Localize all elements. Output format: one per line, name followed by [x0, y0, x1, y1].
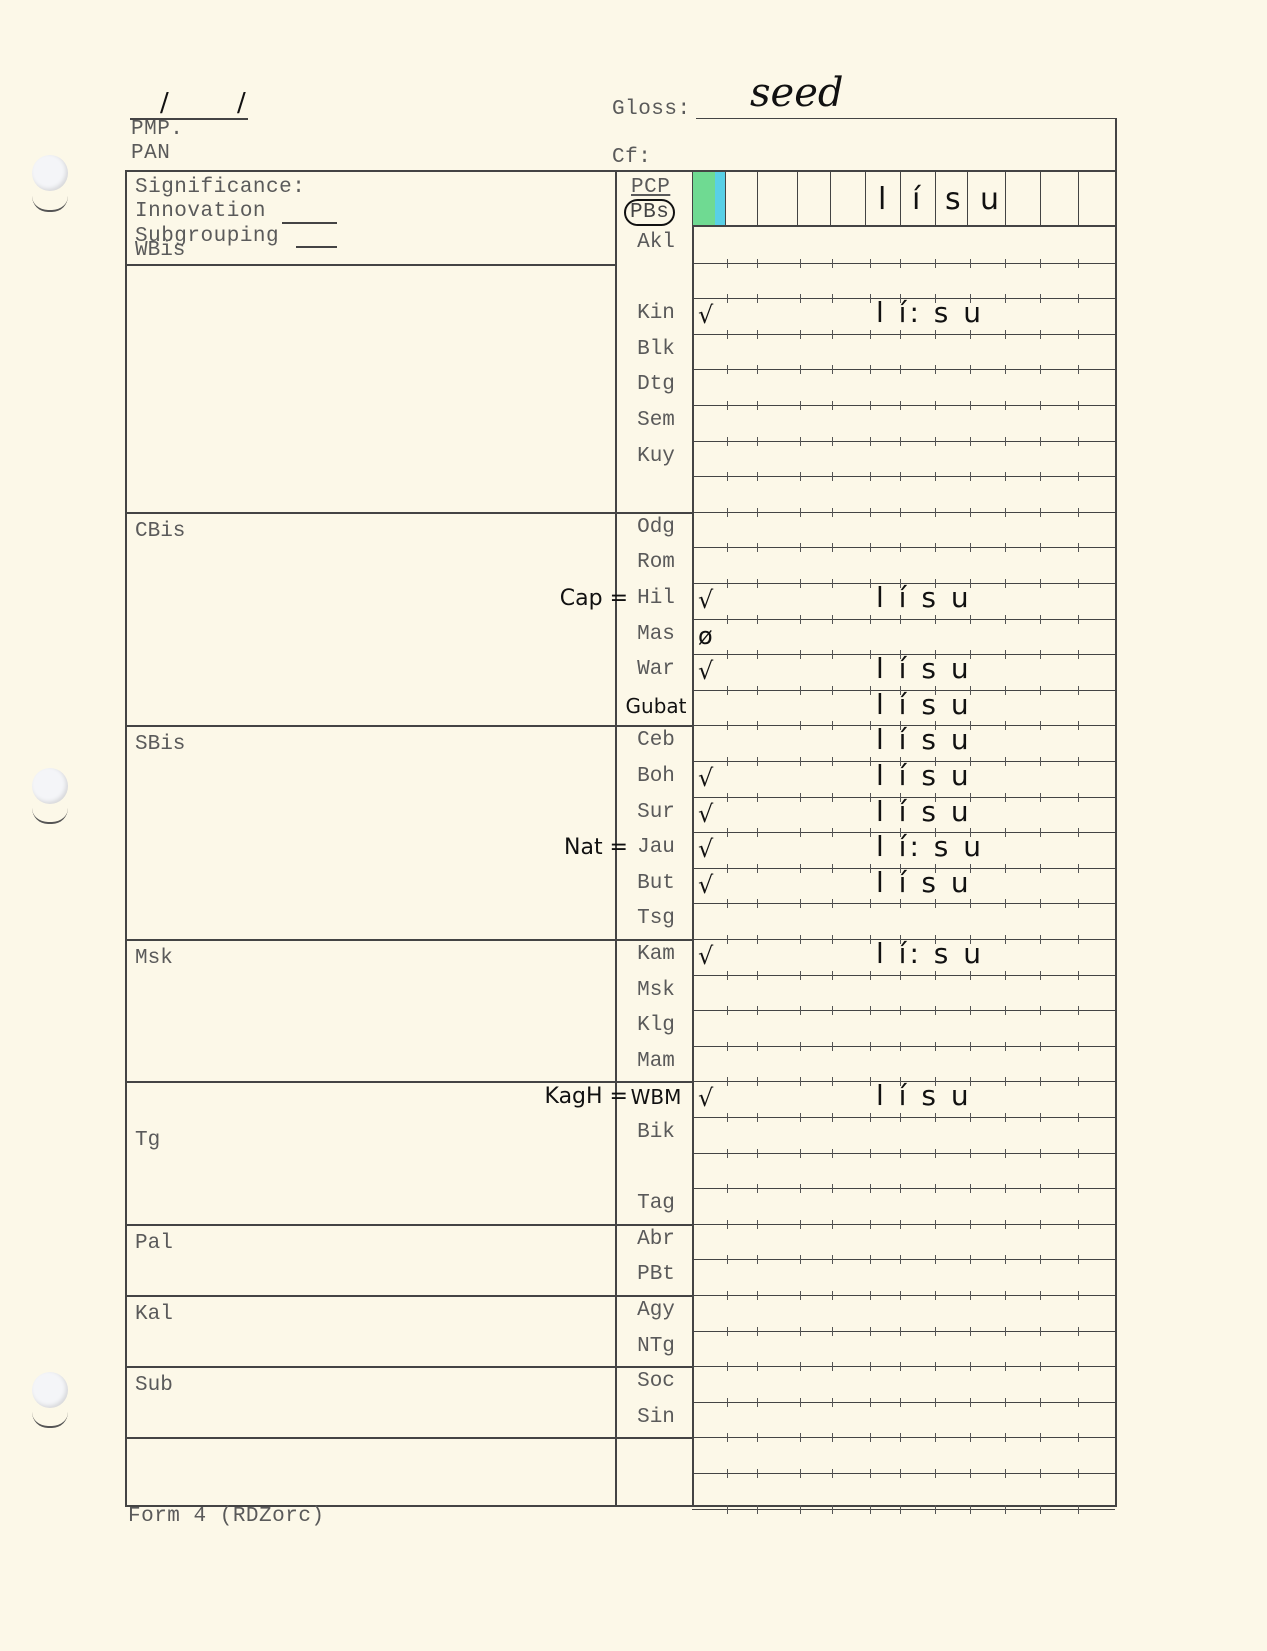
grid-tick	[800, 1291, 801, 1300]
grid-tick	[727, 1113, 728, 1122]
highlight-blue	[715, 172, 725, 225]
proto-segment: s	[945, 182, 961, 217]
row-line	[692, 619, 1115, 620]
grid-tick	[757, 828, 758, 837]
row-line	[692, 1437, 1115, 1438]
row-line	[692, 1509, 1115, 1510]
grid-tick	[970, 1042, 971, 1051]
grid-tick	[832, 508, 833, 517]
row-line	[692, 1224, 1115, 1225]
grid-tick	[1040, 1255, 1041, 1264]
grid-tick	[1005, 793, 1006, 802]
grid-tick	[870, 472, 871, 481]
grid-tick	[935, 1042, 936, 1051]
proto-cell-divider	[865, 170, 866, 225]
grid-tick	[727, 1433, 728, 1442]
grid-tick	[900, 615, 901, 624]
grid-tick	[870, 615, 871, 624]
grid-tick	[727, 259, 728, 268]
annotation-wbm: KagH =	[545, 1084, 628, 1109]
grid-tick	[800, 793, 801, 802]
grid-tick	[727, 472, 728, 481]
grid-tick	[1040, 1327, 1041, 1336]
grid-tick	[1005, 935, 1006, 944]
grid-tick	[832, 472, 833, 481]
grid-tick	[970, 1006, 971, 1015]
grid-tick	[1040, 1184, 1041, 1193]
grid-tick	[970, 543, 971, 552]
grid-tick	[1005, 1398, 1006, 1407]
row-line	[692, 1188, 1115, 1189]
grid-tick	[1078, 721, 1079, 730]
grid-tick	[757, 935, 758, 944]
grid-tick	[757, 686, 758, 695]
subgrouping-blank[interactable]	[296, 246, 337, 248]
grid-tick	[935, 472, 936, 481]
grid-tick	[1005, 294, 1006, 303]
grid-tick	[1040, 935, 1041, 944]
pmp-label: PMP.	[131, 118, 183, 141]
grid-tick	[870, 686, 871, 695]
group-divider	[125, 725, 692, 727]
grid-tick	[900, 401, 901, 410]
grid-tick	[970, 508, 971, 517]
grid-tick	[800, 971, 801, 980]
grid-tick	[1040, 1433, 1041, 1442]
grid-tick	[900, 330, 901, 339]
language-label-sin: Sin	[620, 1406, 692, 1429]
grid-tick	[1005, 579, 1006, 588]
grid-tick	[900, 472, 901, 481]
grid-tick	[800, 899, 801, 908]
proto-segment: l	[878, 182, 886, 217]
grid-tick	[970, 1220, 971, 1229]
row-line	[692, 1259, 1115, 1260]
reflex-form-boh: l í s u	[876, 759, 972, 792]
grid-tick	[727, 864, 728, 873]
grid-tick	[832, 1042, 833, 1051]
group-label-msk: Msk	[135, 947, 173, 970]
proto-cell-divider	[1078, 170, 1079, 225]
grid-tick	[970, 401, 971, 410]
frame-left	[125, 170, 127, 1505]
grid-tick	[1078, 1327, 1079, 1336]
grid-tick	[970, 1433, 971, 1442]
language-label-kuy: Kuy	[620, 445, 692, 468]
grid-tick	[800, 1077, 801, 1086]
grid-tick	[970, 1255, 971, 1264]
grid-tick	[727, 828, 728, 837]
proto-cell-divider	[797, 170, 798, 225]
language-label-sem: Sem	[620, 409, 692, 432]
grid-tick	[832, 1184, 833, 1193]
grid-tick	[800, 1362, 801, 1371]
grid-tick	[1005, 828, 1006, 837]
grid-tick	[1005, 1433, 1006, 1442]
group-label-sbis: SBis	[135, 733, 185, 756]
grid-tick	[1040, 437, 1041, 446]
grid-tick	[935, 1149, 936, 1158]
grid-tick	[1078, 1184, 1079, 1193]
grid-tick	[727, 935, 728, 944]
language-label-abr: Abr	[620, 1228, 692, 1251]
grid-tick	[727, 1505, 728, 1514]
proto-cell-divider	[757, 170, 758, 225]
reflex-form-war: l í s u	[876, 652, 972, 685]
grid-tick	[757, 615, 758, 624]
language-label-msk: Msk	[620, 979, 692, 1002]
pan-label: PAN	[131, 142, 170, 165]
grid-tick	[870, 1220, 871, 1229]
row-line	[692, 369, 1115, 370]
grid-tick	[1078, 1220, 1079, 1229]
grid-tick	[727, 1255, 728, 1264]
grid-tick	[800, 1149, 801, 1158]
grid-tick	[900, 899, 901, 908]
grid-tick	[1040, 1220, 1041, 1229]
proto-segment: í	[912, 182, 920, 217]
grid-tick	[1040, 615, 1041, 624]
language-label-rom: Rom	[620, 551, 692, 574]
language-label-tsg: Tsg	[620, 907, 692, 930]
grid-tick	[1040, 757, 1041, 766]
reflex-form-wbm: l í s u	[876, 1079, 972, 1112]
row-line	[692, 1046, 1115, 1047]
language-label-agy: Agy	[620, 1299, 692, 1322]
grid-tick	[1040, 686, 1041, 695]
grid-tick	[727, 508, 728, 517]
grid-tick	[832, 615, 833, 624]
reflex-form-kin: l í: s u	[876, 296, 984, 329]
grid-tick	[1005, 1006, 1006, 1015]
grid-tick	[832, 259, 833, 268]
grid-tick	[970, 1149, 971, 1158]
grid-tick	[935, 1220, 936, 1229]
grid-tick	[900, 1184, 901, 1193]
grid-tick	[870, 1327, 871, 1336]
row-line	[692, 441, 1115, 442]
grid-tick	[870, 1077, 871, 1086]
grid-tick	[1040, 1398, 1041, 1407]
grid-tick	[900, 1398, 901, 1407]
grid-tick	[1005, 1077, 1006, 1086]
significance-divider	[125, 264, 615, 266]
binder-hole	[32, 155, 68, 191]
grid-tick	[1005, 472, 1006, 481]
grid-tick	[727, 1077, 728, 1086]
grid-tick	[870, 1006, 871, 1015]
grid-tick	[800, 1113, 801, 1122]
grid-tick	[870, 828, 871, 837]
group-divider	[125, 939, 692, 941]
language-label-gubat: Gubat	[620, 694, 692, 718]
grid-tick	[935, 1291, 936, 1300]
grid-tick	[870, 543, 871, 552]
grid-tick	[1040, 330, 1041, 339]
row-line	[692, 1331, 1115, 1332]
grid-tick	[1078, 650, 1079, 659]
reflex-form-ceb: l í s u	[876, 723, 972, 756]
grid-tick	[1040, 721, 1041, 730]
group-label-kal: Kal	[135, 1303, 173, 1326]
grid-tick	[935, 899, 936, 908]
grid-tick	[1005, 1113, 1006, 1122]
grid-tick	[935, 330, 936, 339]
grid-tick	[870, 650, 871, 659]
grid-tick	[870, 330, 871, 339]
grid-tick	[727, 971, 728, 980]
grid-tick	[900, 1469, 901, 1478]
grid-tick	[757, 1077, 758, 1086]
language-label-wbm: WBM	[620, 1085, 692, 1109]
grid-tick	[935, 1505, 936, 1514]
group-divider	[125, 1437, 692, 1439]
grid-tick	[757, 1505, 758, 1514]
grid-tick	[870, 1113, 871, 1122]
grid-tick	[800, 828, 801, 837]
grid-tick	[1078, 1113, 1079, 1122]
grid-tick	[1005, 1362, 1006, 1371]
grid-tick	[832, 864, 833, 873]
grid-tick	[900, 1362, 901, 1371]
grid-tick	[727, 1327, 728, 1336]
grid-tick	[832, 1433, 833, 1442]
grid-tick	[935, 971, 936, 980]
gloss-label: Gloss:	[612, 98, 691, 121]
significance-title: Significance:	[135, 176, 305, 199]
grid-tick	[757, 259, 758, 268]
grid-tick	[900, 1220, 901, 1229]
reflex-form-jau: l í: s u	[876, 830, 984, 863]
grid-tick	[1078, 1291, 1079, 1300]
grid-tick	[900, 1149, 901, 1158]
grid-tick	[832, 899, 833, 908]
grid-tick	[832, 294, 833, 303]
frame-right	[1115, 170, 1117, 1505]
grid-tick	[832, 543, 833, 552]
grid-tick	[800, 401, 801, 410]
grid-tick	[1078, 579, 1079, 588]
binder-hole-shadow	[32, 808, 68, 824]
grid-tick	[1078, 472, 1079, 481]
grid-tick	[1040, 1469, 1041, 1478]
grid-tick	[832, 1398, 833, 1407]
check-mark: √	[698, 871, 713, 899]
grid-tick	[1078, 757, 1079, 766]
grid-tick	[1005, 543, 1006, 552]
grid-tick	[757, 437, 758, 446]
grid-tick	[832, 971, 833, 980]
grid-tick	[832, 1469, 833, 1478]
grid-tick	[935, 1433, 936, 1442]
grid-tick	[832, 1006, 833, 1015]
grid-tick	[800, 1184, 801, 1193]
check-mark: √	[698, 942, 713, 970]
date-slashes: / /	[160, 88, 276, 118]
grid-tick	[970, 330, 971, 339]
grid-tick	[970, 1291, 971, 1300]
grid-tick	[900, 1006, 901, 1015]
grid-tick	[1005, 365, 1006, 374]
binder-hole	[32, 1372, 68, 1408]
grid-tick	[870, 793, 871, 802]
grid-tick	[757, 971, 758, 980]
language-label-ntg: NTg	[620, 1335, 692, 1358]
grid-tick	[800, 1255, 801, 1264]
grid-tick	[1005, 1291, 1006, 1300]
grid-tick	[870, 294, 871, 303]
check-mark: √	[698, 835, 713, 863]
grid-tick	[757, 1469, 758, 1478]
grid-tick	[900, 1291, 901, 1300]
grid-tick	[1078, 437, 1079, 446]
grid-tick	[832, 757, 833, 766]
grid-tick	[800, 508, 801, 517]
proto-cell-divider	[1005, 170, 1006, 225]
grid-tick	[1005, 864, 1006, 873]
check-mark: √	[698, 764, 713, 792]
grid-tick	[935, 259, 936, 268]
null-mark: ø	[698, 622, 713, 650]
grid-tick	[800, 330, 801, 339]
reflex-form-gubat: l í s u	[876, 688, 972, 721]
grid-tick	[727, 686, 728, 695]
grid-tick	[1040, 1362, 1041, 1371]
grid-tick	[757, 543, 758, 552]
grid-tick	[1040, 828, 1041, 837]
grid-tick	[1040, 1077, 1041, 1086]
group-label-cbis: CBis	[135, 520, 185, 543]
grid-tick	[1040, 1042, 1041, 1051]
grid-tick	[1040, 1006, 1041, 1015]
grid-tick	[870, 259, 871, 268]
gloss-value[interactable]: seed	[750, 70, 843, 116]
cf-label: Cf:	[612, 146, 651, 169]
grid-tick	[935, 1113, 936, 1122]
grid-tick	[800, 615, 801, 624]
grid-tick	[727, 1006, 728, 1015]
grid-tick	[800, 1433, 801, 1442]
gloss-underline	[696, 118, 1116, 119]
grid-tick	[1078, 330, 1079, 339]
innovation-blank[interactable]	[282, 222, 337, 224]
language-label-tag: Tag	[620, 1192, 692, 1215]
grid-tick	[800, 294, 801, 303]
grid-tick	[832, 1077, 833, 1086]
grid-tick	[757, 1362, 758, 1371]
grid-tick	[832, 828, 833, 837]
grid-tick	[1078, 1362, 1079, 1371]
grid-tick	[727, 793, 728, 802]
proto-cell-divider	[900, 170, 901, 225]
grid-tick	[832, 1505, 833, 1514]
grid-tick	[1040, 864, 1041, 873]
annotation-jau: Nat =	[564, 835, 628, 860]
grid-tick	[727, 1291, 728, 1300]
grid-tick	[870, 1255, 871, 1264]
grid-tick	[832, 437, 833, 446]
grid-tick	[800, 365, 801, 374]
grid-tick	[1078, 793, 1079, 802]
grid-tick	[832, 1113, 833, 1122]
row-line	[692, 975, 1115, 976]
language-label-mam: Mam	[620, 1050, 692, 1073]
group-label-tg: Tg	[135, 1129, 160, 1152]
grid-tick	[1005, 1327, 1006, 1336]
grid-tick	[900, 1505, 901, 1514]
grid-tick	[800, 935, 801, 944]
grid-tick	[870, 721, 871, 730]
grid-tick	[1040, 1149, 1041, 1158]
grid-tick	[935, 401, 936, 410]
grid-tick	[757, 579, 758, 588]
grid-tick	[970, 472, 971, 481]
row-line	[692, 334, 1115, 335]
grid-tick	[1005, 1255, 1006, 1264]
innovation-label[interactable]: Innovation	[135, 200, 266, 223]
grid-tick	[1040, 365, 1041, 374]
grid-tick	[1040, 259, 1041, 268]
grid-tick	[1040, 793, 1041, 802]
grid-tick	[1005, 899, 1006, 908]
grid-tick	[970, 1505, 971, 1514]
grid-tick	[727, 757, 728, 766]
check-mark: √	[698, 301, 713, 329]
grid-tick	[1040, 1505, 1041, 1514]
language-label-soc: Soc	[620, 1370, 692, 1393]
grid-tick	[935, 543, 936, 552]
language-label-jau: Jau	[620, 836, 692, 859]
grid-tick	[800, 1042, 801, 1051]
grid-tick	[970, 1327, 971, 1336]
language-label-pbt: PBt	[620, 1263, 692, 1286]
grid-tick	[800, 259, 801, 268]
grid-tick	[757, 1327, 758, 1336]
reflex-form-kam: l í: s u	[876, 937, 984, 970]
proto-cell-divider	[830, 170, 831, 225]
grid-tick	[800, 1505, 801, 1514]
grid-tick	[935, 1327, 936, 1336]
cf-right-border	[1115, 118, 1117, 170]
grid-tick	[800, 437, 801, 446]
grid-tick	[727, 1398, 728, 1407]
grid-tick	[757, 793, 758, 802]
grid-tick	[1078, 971, 1079, 980]
grid-tick	[900, 508, 901, 517]
language-label-ceb: Ceb	[620, 729, 692, 752]
grid-tick	[757, 757, 758, 766]
grid-tick	[832, 721, 833, 730]
grid-tick	[832, 579, 833, 588]
grid-tick	[870, 1291, 871, 1300]
row-line	[692, 476, 1115, 477]
proto-cell-divider	[935, 170, 936, 225]
grid-tick	[1005, 971, 1006, 980]
footer-form-label: Form 4 (RDZorc)	[128, 1505, 325, 1528]
grid-tick	[935, 437, 936, 446]
grid-tick	[1078, 543, 1079, 552]
proto-label-pcp: PCP	[631, 176, 670, 199]
grid-tick	[970, 1184, 971, 1193]
check-mark: √	[698, 657, 713, 685]
grid-tick	[1005, 1184, 1006, 1193]
language-label-bik: Bik	[620, 1121, 692, 1144]
grid-tick	[870, 365, 871, 374]
grid-tick	[757, 1291, 758, 1300]
grid-tick	[1078, 686, 1079, 695]
row-line	[692, 1366, 1115, 1367]
grid-tick	[757, 1220, 758, 1229]
